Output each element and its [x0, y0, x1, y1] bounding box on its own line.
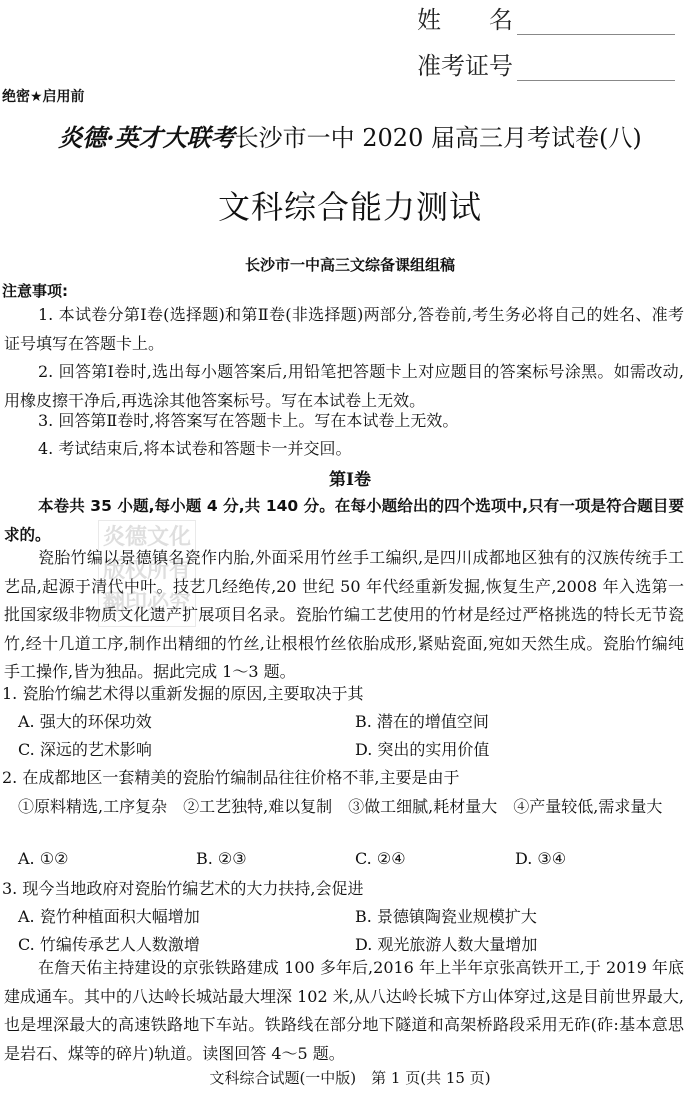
question-3-option-a[interactable]: A. 瓷竹种植面积大幅增加: [18, 904, 200, 927]
exam-id-label: 准考证号: [417, 46, 513, 81]
exam-id-blank-line: [517, 56, 675, 81]
exam-title-rest: 长沙市一中 2020 届高三月考试卷(八): [235, 124, 642, 152]
question-1-option-c[interactable]: C. 深远的艺术影响: [18, 737, 152, 760]
name-label: 姓 名: [417, 0, 513, 35]
main-title: 文科综合能力测试: [0, 182, 700, 228]
name-blank-line: [517, 10, 675, 35]
section-heading: 第Ⅰ卷: [0, 465, 700, 490]
question-1-option-a[interactable]: A. 强大的环保功效: [18, 709, 152, 732]
question-3-option-b[interactable]: B. 景德镇陶瓷业规模扩大: [355, 904, 537, 927]
sub-title: 长沙市一中高三文综备课组组稿: [0, 254, 700, 275]
question-1-option-d[interactable]: D. 突出的实用价值: [355, 737, 489, 760]
page-footer: 文科综合试题(一中版) 第 1 页(共 15 页): [0, 1067, 700, 1088]
exam-brand: 炎德·英才大联考: [58, 123, 234, 152]
question-2-option-a[interactable]: A. ①②: [18, 849, 68, 868]
notice-item-3: 3. 回答第Ⅱ卷时,将答案写在答题卡上。写在本试卷上无效。: [4, 407, 684, 436]
exam-title: 炎德·英才大联考长沙市一中 2020 届高三月考试卷(八): [0, 118, 700, 153]
exam-id-field: 准考证号: [417, 46, 675, 81]
question-3-stem: 3. 现今当地政府对瓷胎竹编艺术的大力扶持,会促进: [2, 876, 363, 899]
notice-heading: 注意事项:: [2, 280, 68, 301]
question-2-statements: ①原料精选,工序复杂 ②工艺独特,难以复制 ③做工细腻,耗材量大 ④产量较低,需…: [18, 793, 684, 821]
question-3-option-d[interactable]: D. 观光旅游人数大量增加: [355, 932, 537, 955]
question-2-option-b[interactable]: B. ②③: [196, 849, 247, 868]
notice-item-1: 1. 本试卷分第Ⅰ卷(选择题)和第Ⅱ卷(非选择题)两部分,答卷前,考生务必将自己…: [4, 301, 684, 358]
passage-2: 在詹天佑主持建设的京张铁路建成 100 多年后,2016 年上半年京张高铁开工,…: [4, 954, 684, 1068]
secret-mark: 绝密★启用前: [2, 86, 85, 106]
question-1-stem: 1. 瓷胎竹编艺术得以重新发掘的原因,主要取决于其: [2, 681, 363, 704]
question-3-option-c[interactable]: C. 竹编传承艺人人数激增: [18, 932, 200, 955]
notice-item-4: 4. 考试结束后,将本试卷和答题卡一并交回。: [4, 435, 684, 464]
question-1-option-b[interactable]: B. 潜在的增值空间: [355, 709, 489, 732]
question-2-option-c[interactable]: C. ②④: [355, 849, 406, 868]
name-field: 姓 名: [417, 0, 675, 35]
question-2-option-d[interactable]: D. ③④: [515, 849, 566, 868]
passage-1: 瓷胎竹编以景德镇名瓷作内胎,外面采用竹丝手工编织,是四川成都地区独有的汉族传统手…: [4, 544, 684, 687]
question-2-stem: 2. 在成都地区一套精美的瓷胎竹编制品往往价格不菲,主要是由于: [2, 765, 459, 788]
section-instructions: 本卷共 35 小题,每小题 4 分,共 140 分。在每小题给出的四个选项中,只…: [4, 492, 684, 549]
